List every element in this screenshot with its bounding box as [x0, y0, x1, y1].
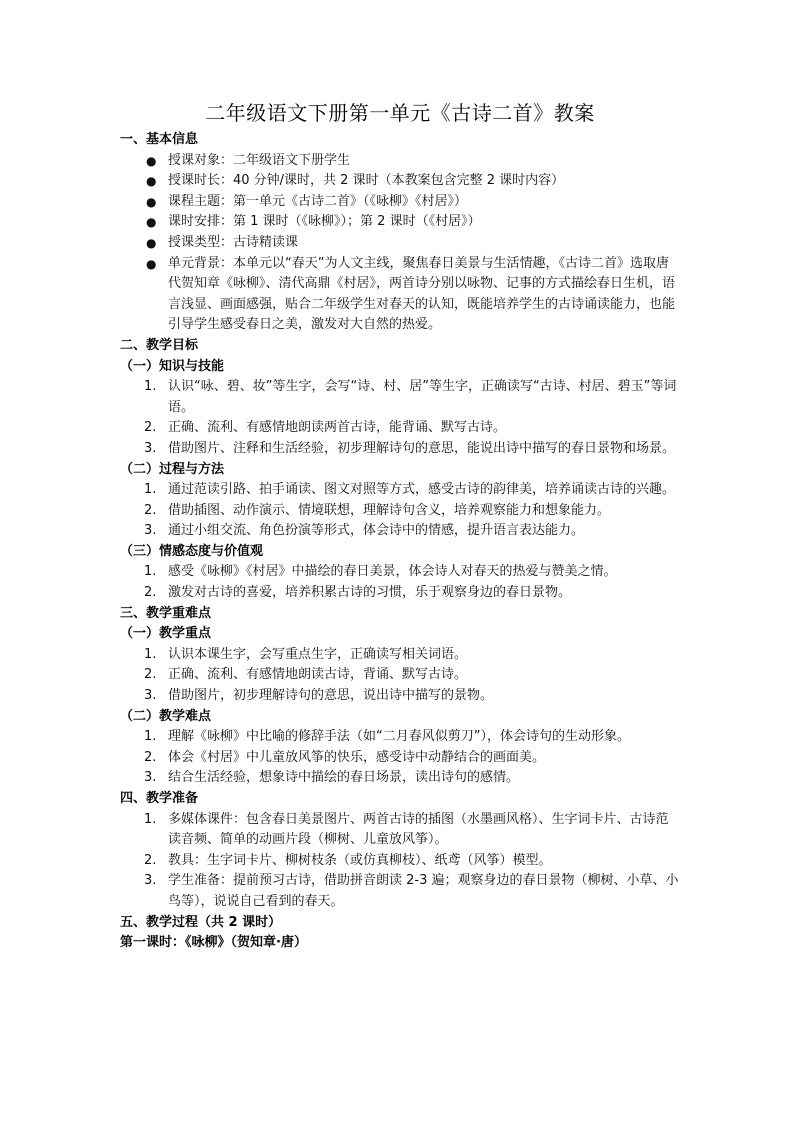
- subsection-heading: （一）知识与技能: [120, 357, 680, 378]
- list-item: 2.借助插图、动作演示、情境联想，理解诗句含义，培养观察能力和想象能力。: [120, 501, 680, 522]
- list-item: ●授课对象：二年级语文下册学生: [120, 151, 680, 172]
- list-number: 1.: [144, 377, 164, 398]
- bullet-icon: ●: [146, 254, 166, 275]
- list-item: ●课时安排：第 1 课时（《咏柳》）；第 2 课时（《村居》）: [120, 212, 680, 233]
- bullet-icon: ●: [146, 192, 166, 213]
- list-item: 1.认识本课生字，会写重点生字，正确读写相关词语。: [120, 645, 680, 666]
- numbered-list: 1.理解《咏柳》中比喻的修辞手法（如“二月春风似剪刀”），体会诗句的生动形象。 …: [120, 727, 680, 789]
- section-heading-basic-info: 一、基本信息: [120, 130, 680, 151]
- document-page: 二年级语文下册第一单元《古诗二首》教案 一、基本信息 ●授课对象：二年级语文下册…: [120, 98, 680, 954]
- bullet-icon: ●: [146, 171, 166, 192]
- list-number: 2.: [144, 665, 164, 686]
- list-item: ●授课类型：古诗精读课: [120, 233, 680, 254]
- lesson-heading: 第一课时：《咏柳》（贺知章·唐）: [120, 933, 680, 954]
- list-number: 1.: [144, 480, 164, 501]
- list-number: 3.: [144, 871, 164, 892]
- section-heading-key-points: 三、教学重难点: [120, 604, 680, 625]
- bullet-icon: ●: [146, 233, 166, 254]
- subsection-heading: （一）教学重点: [120, 624, 680, 645]
- list-number: 1.: [144, 562, 164, 583]
- list-number: 3.: [144, 439, 164, 460]
- list-item: 3.通过小组交流、角色扮演等形式，体会诗中的情感，提升语言表达能力。: [120, 521, 680, 542]
- numbered-list: 1.多媒体课件：包含春日美景图片、两首古诗的插图（水墨画风格）、生字词卡片、古诗…: [120, 810, 680, 913]
- list-number: 2.: [144, 418, 164, 439]
- list-number: 2.: [144, 748, 164, 769]
- list-number: 1.: [144, 727, 164, 748]
- document-title: 二年级语文下册第一单元《古诗二首》教案: [120, 98, 680, 128]
- section-heading-objectives: 二、教学目标: [120, 336, 680, 357]
- list-item: ●授课时长：40 分钟/课时，共 2 课时（本教案包含完整 2 课时内容）: [120, 171, 680, 192]
- subsection-heading: （二）教学难点: [120, 707, 680, 728]
- list-item: 2.教具：生字词卡片、柳树枝条（或仿真柳枝）、纸鸢（风筝）模型。: [120, 851, 680, 872]
- list-number: 3.: [144, 768, 164, 789]
- list-number: 2.: [144, 851, 164, 872]
- list-item: ●课程主题：第一单元《古诗二首》（《咏柳》《村居》）: [120, 192, 680, 213]
- list-item: 1.通过范读引路、拍手诵读、图文对照等方式，感受古诗的韵律美，培养诵读古诗的兴趣…: [120, 480, 680, 501]
- list-number: 3.: [144, 686, 164, 707]
- list-item: 2.正确、流利、有感情地朗读两首古诗，能背诵、默写古诗。: [120, 418, 680, 439]
- list-number: 3.: [144, 521, 164, 542]
- list-number: 2.: [144, 583, 164, 604]
- list-item: 2.体会《村居》中儿童放风筝的快乐，感受诗中动静结合的画面美。: [120, 748, 680, 769]
- numbered-list: 1.认识本课生字，会写重点生字，正确读写相关词语。 2.正确、流利、有感情地朗读…: [120, 645, 680, 707]
- section-heading-process: 五、教学过程（共 2 课时）: [120, 913, 680, 934]
- subsection-heading: （三）情感态度与价值观: [120, 542, 680, 563]
- list-item: 3.借助图片，初步理解诗句的意思，说出诗中描写的景物。: [120, 686, 680, 707]
- list-number: 1.: [144, 645, 164, 666]
- section-heading-preparation: 四、教学准备: [120, 789, 680, 810]
- bullet-icon: ●: [146, 212, 166, 233]
- list-item: 1.多媒体课件：包含春日美景图片、两首古诗的插图（水墨画风格）、生字词卡片、古诗…: [120, 810, 680, 851]
- list-item: 1.认识“咏、碧、妆”等生字，会写“诗、村、居”等生字，正确读写“古诗、村居、碧…: [120, 377, 680, 418]
- bullet-icon: ●: [146, 151, 166, 172]
- list-item: ●单元背景：本单元以“春天”为人文主线，聚焦春日美景与生活情趣，《古诗二首》选取…: [120, 254, 680, 336]
- list-item: 3.结合生活经验，想象诗中描绘的春日场景，读出诗句的感情。: [120, 768, 680, 789]
- list-item: 2.激发对古诗的喜爱，培养积累古诗的习惯，乐于观察身边的春日景物。: [120, 583, 680, 604]
- basic-info-list: ●授课对象：二年级语文下册学生 ●授课时长：40 分钟/课时，共 2 课时（本教…: [120, 151, 680, 336]
- subsection-heading: （二）过程与方法: [120, 460, 680, 481]
- list-item: 2.正确、流利、有感情地朗读古诗，背诵、默写古诗。: [120, 665, 680, 686]
- numbered-list: 1.认识“咏、碧、妆”等生字，会写“诗、村、居”等生字，正确读写“古诗、村居、碧…: [120, 377, 680, 459]
- list-number: 2.: [144, 501, 164, 522]
- numbered-list: 1.感受《咏柳》《村居》中描绘的春日美景，体会诗人对春天的热爱与赞美之情。 2.…: [120, 562, 680, 603]
- list-item: 3.学生准备：提前预习古诗，借助拼音朗读 2-3 遍；观察身边的春日景物（柳树、…: [120, 871, 680, 912]
- list-item: 1.感受《咏柳》《村居》中描绘的春日美景，体会诗人对春天的热爱与赞美之情。: [120, 562, 680, 583]
- list-number: 1.: [144, 810, 164, 831]
- list-item: 1.理解《咏柳》中比喻的修辞手法（如“二月春风似剪刀”），体会诗句的生动形象。: [120, 727, 680, 748]
- numbered-list: 1.通过范读引路、拍手诵读、图文对照等方式，感受古诗的韵律美，培养诵读古诗的兴趣…: [120, 480, 680, 542]
- list-item: 3.借助图片、注释和生活经验，初步理解诗句的意思，能说出诗中描写的春日景物和场景…: [120, 439, 680, 460]
